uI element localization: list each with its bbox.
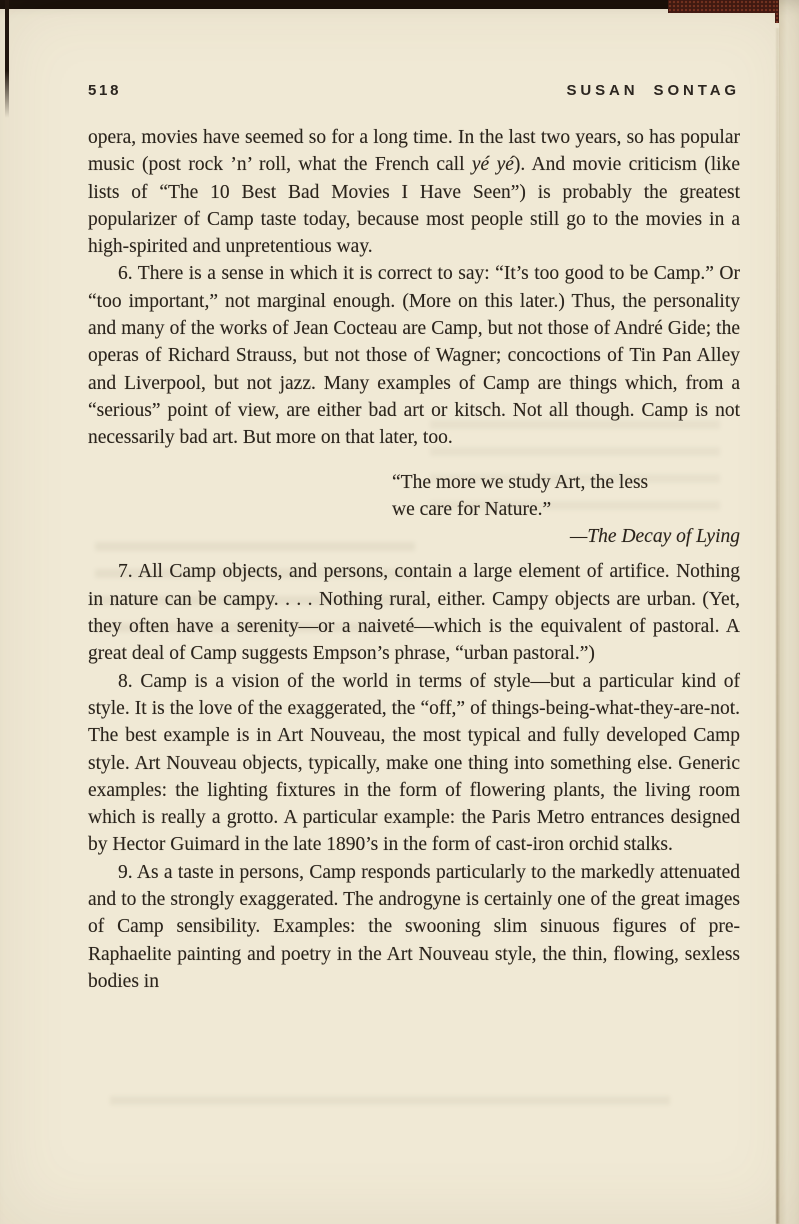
text-segment: 8. Camp is a vision of the world in term…: [88, 671, 740, 856]
body-text: opera, movies have seemed so for a long …: [88, 124, 740, 995]
text-segment: 9. As a taste in persons, Camp responds …: [88, 862, 740, 992]
text-segment: 7. All Camp objects, and persons, contai…: [88, 561, 740, 664]
left-cover-edge: [5, 0, 9, 118]
page-stack-edge: [779, 0, 799, 1224]
paragraph: 8. Camp is a vision of the world in term…: [88, 668, 740, 859]
epigraph-line: we care for Nature.”: [392, 496, 740, 523]
epigraph-attribution: —The Decay of Lying: [392, 523, 740, 550]
paragraph: 7. All Camp objects, and persons, contai…: [88, 558, 740, 667]
paragraph: opera, movies have seemed so for a long …: [88, 124, 740, 260]
page-bleed-through: [110, 1096, 670, 1120]
page-edge-line: [776, 28, 779, 1224]
book-page: 518 SUSAN SONTAG opera, movies have seem…: [0, 0, 799, 1224]
epigraph-line: “The more we study Art, the less: [392, 469, 740, 496]
paragraph: 6. There is a sense in which it is corre…: [88, 260, 740, 451]
page-number: 518: [88, 82, 121, 99]
italic-text: yé yé: [472, 154, 514, 175]
epigraph: “The more we study Art, the lesswe care …: [392, 469, 740, 551]
paragraph: 9. As a taste in persons, Camp responds …: [88, 859, 740, 995]
running-header: 518 SUSAN SONTAG: [88, 82, 740, 99]
running-title: SUSAN SONTAG: [566, 82, 740, 99]
text-segment: 6. There is a sense in which it is corre…: [88, 263, 740, 448]
